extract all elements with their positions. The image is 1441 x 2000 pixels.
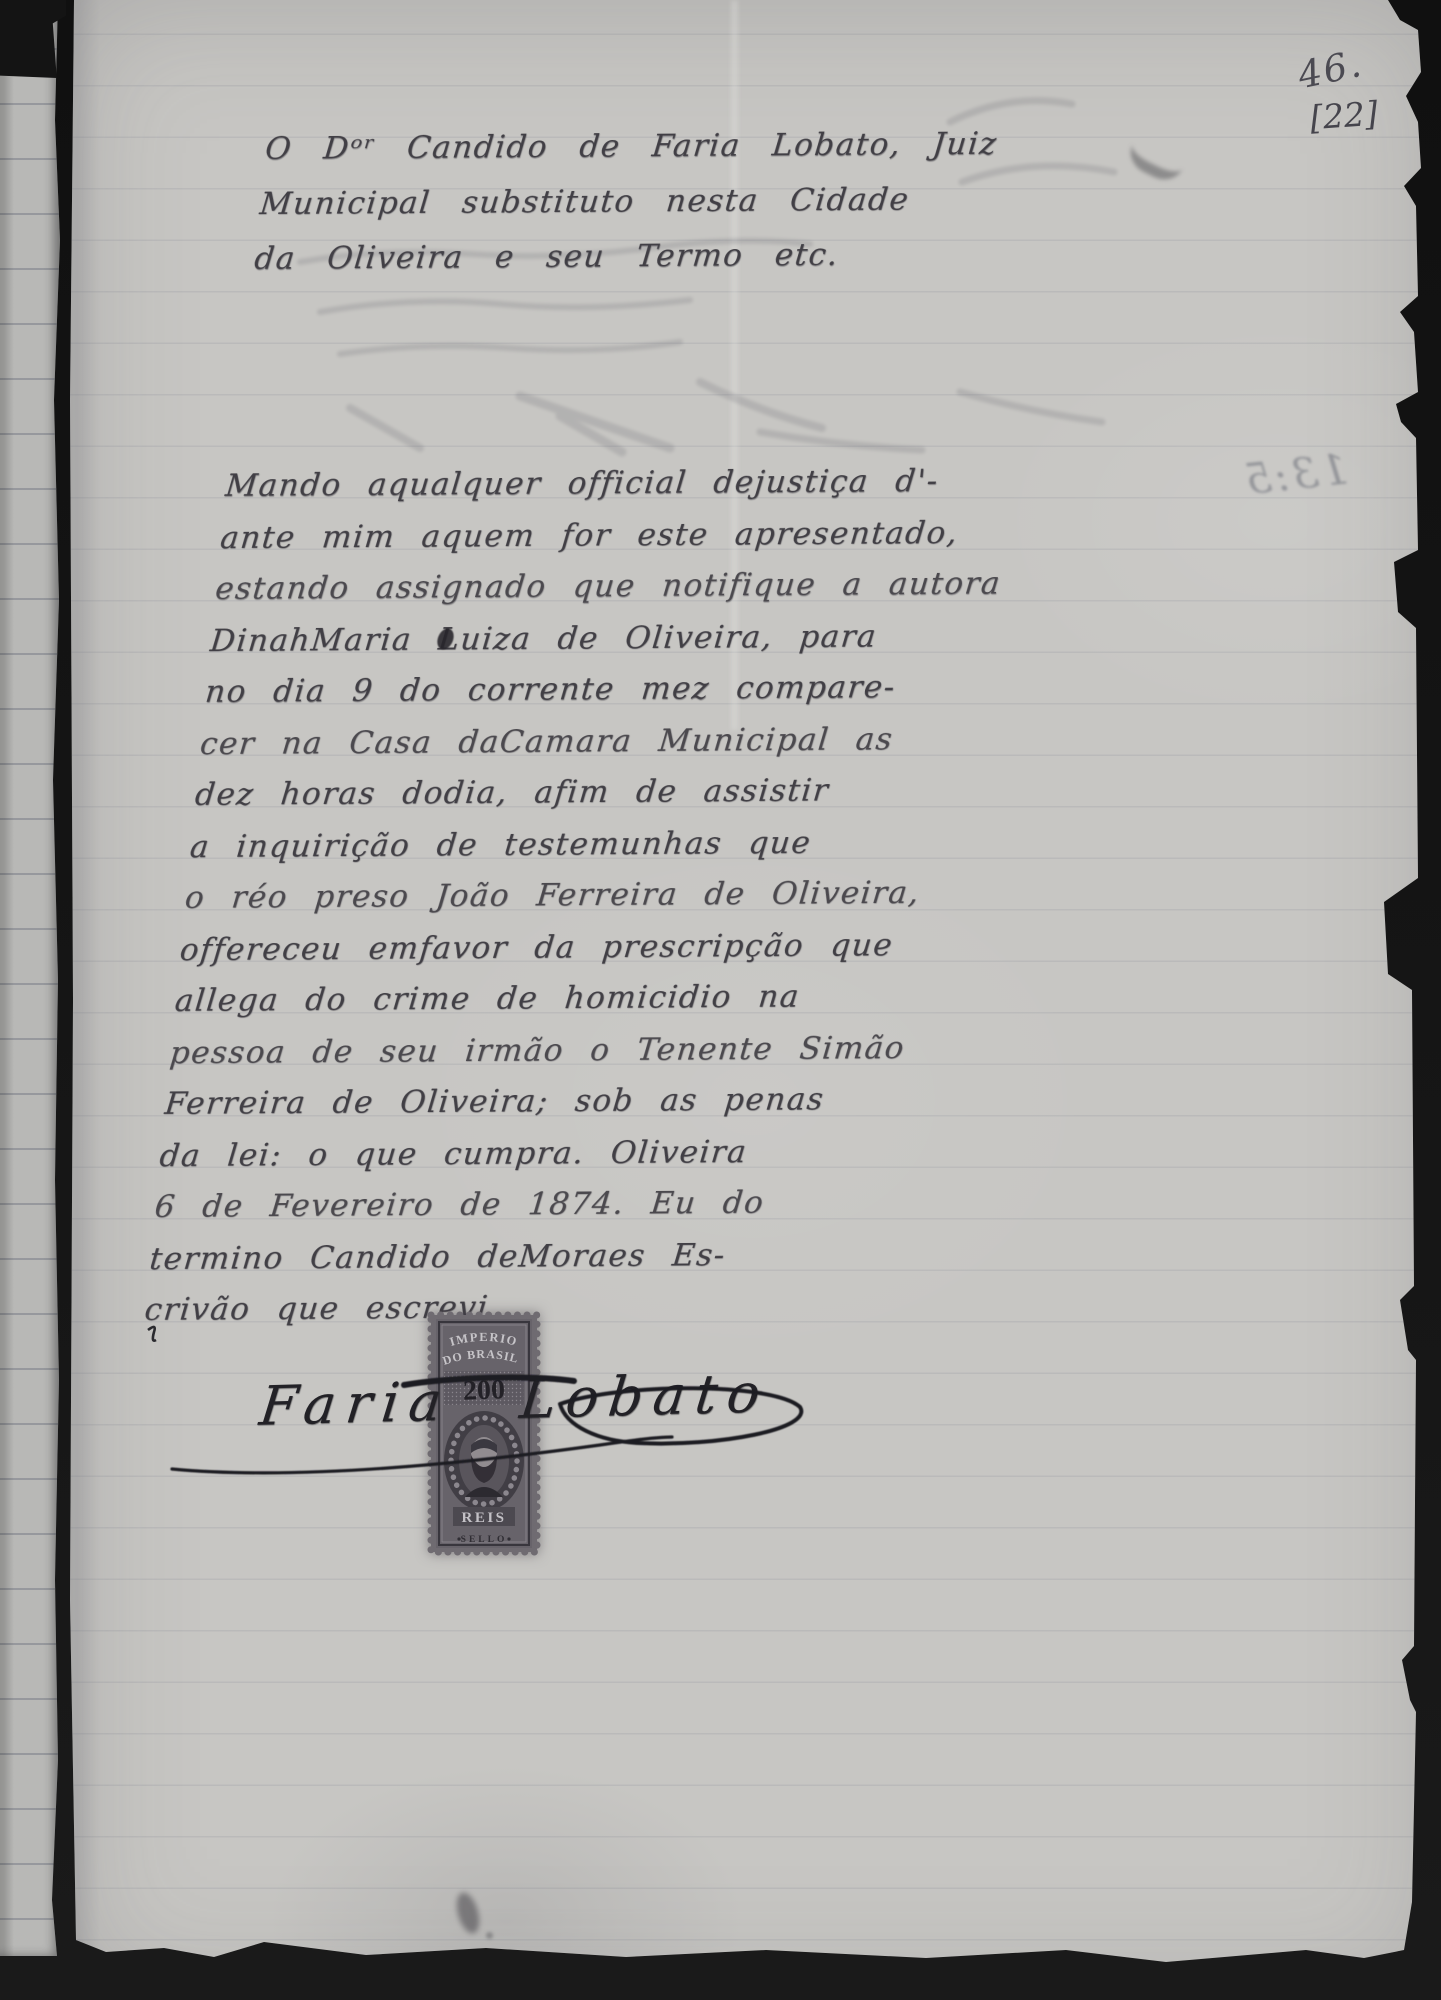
body-line: dez horas dodia, afim de assistir	[193, 765, 984, 822]
body-line: o réo preso João Ferreira de Oliveira,	[183, 868, 974, 925]
archive-number: [22]	[1309, 94, 1379, 138]
body-line: pessoa de seu irmão o Tenente Simão	[167, 1022, 958, 1079]
scanned-document: 46. [22] 13:5 O Dᵒʳ Candido de Faria Lob…	[0, 0, 1441, 2000]
body-line: a inquirição de testemunhas que	[188, 816, 979, 873]
body-line: allega do crime de homicidio na	[172, 971, 963, 1028]
underlying-ruled-page-strip	[0, 0, 62, 1956]
stamp-bottom-label: SELLO	[461, 1535, 508, 1545]
stamp-flourish-right	[507, 1537, 510, 1540]
body-line: Mando aqualquer official dejustiça d'-	[223, 456, 1014, 513]
body-line: estando assignado que notifique a autora	[213, 559, 1004, 616]
body-line: 6 de Fevereiro de 1874. Eu do	[152, 1177, 943, 1234]
heading-line: da Oliveira e seu Termo etc.	[252, 227, 989, 287]
body-line: ante mim aquem for este apresentado,	[218, 507, 1009, 564]
ink-smudge-dot	[486, 1932, 493, 1939]
body-line: termino Candido deMoraes Es-	[147, 1228, 938, 1285]
body-line: DinahMaria Luiza de Oliveira, para	[208, 610, 999, 667]
body-line: offereceu emfavor da prescripção que	[177, 919, 968, 976]
body-line: Ferreira de Oliveira; sob as penas	[162, 1074, 953, 1131]
revenue-stamp: IMPERIO DO BRASIL 200 REIS SELLO	[427, 1311, 541, 1556]
body-line: no dia 9 do corrente mez compare-	[203, 662, 994, 719]
heading-line: Municipal substituto nesta Cidade	[257, 172, 994, 232]
heading-line: O Dᵒʳ Candido de Faria Lobato, Juiz	[263, 117, 1000, 177]
body-line: da lei: o que cumpra. Oliveira	[157, 1125, 948, 1182]
document-body: Mando aqualquer official dejustiça d'-an…	[142, 456, 1013, 1337]
stamp-flourish-left	[457, 1537, 460, 1540]
stamp-denomination: REIS	[461, 1510, 506, 1526]
document-heading: O Dᵒʳ Candido de Faria Lobato, JuizMunic…	[252, 117, 1000, 287]
body-line: cer na Casa daCamara Municipal as	[198, 713, 989, 770]
